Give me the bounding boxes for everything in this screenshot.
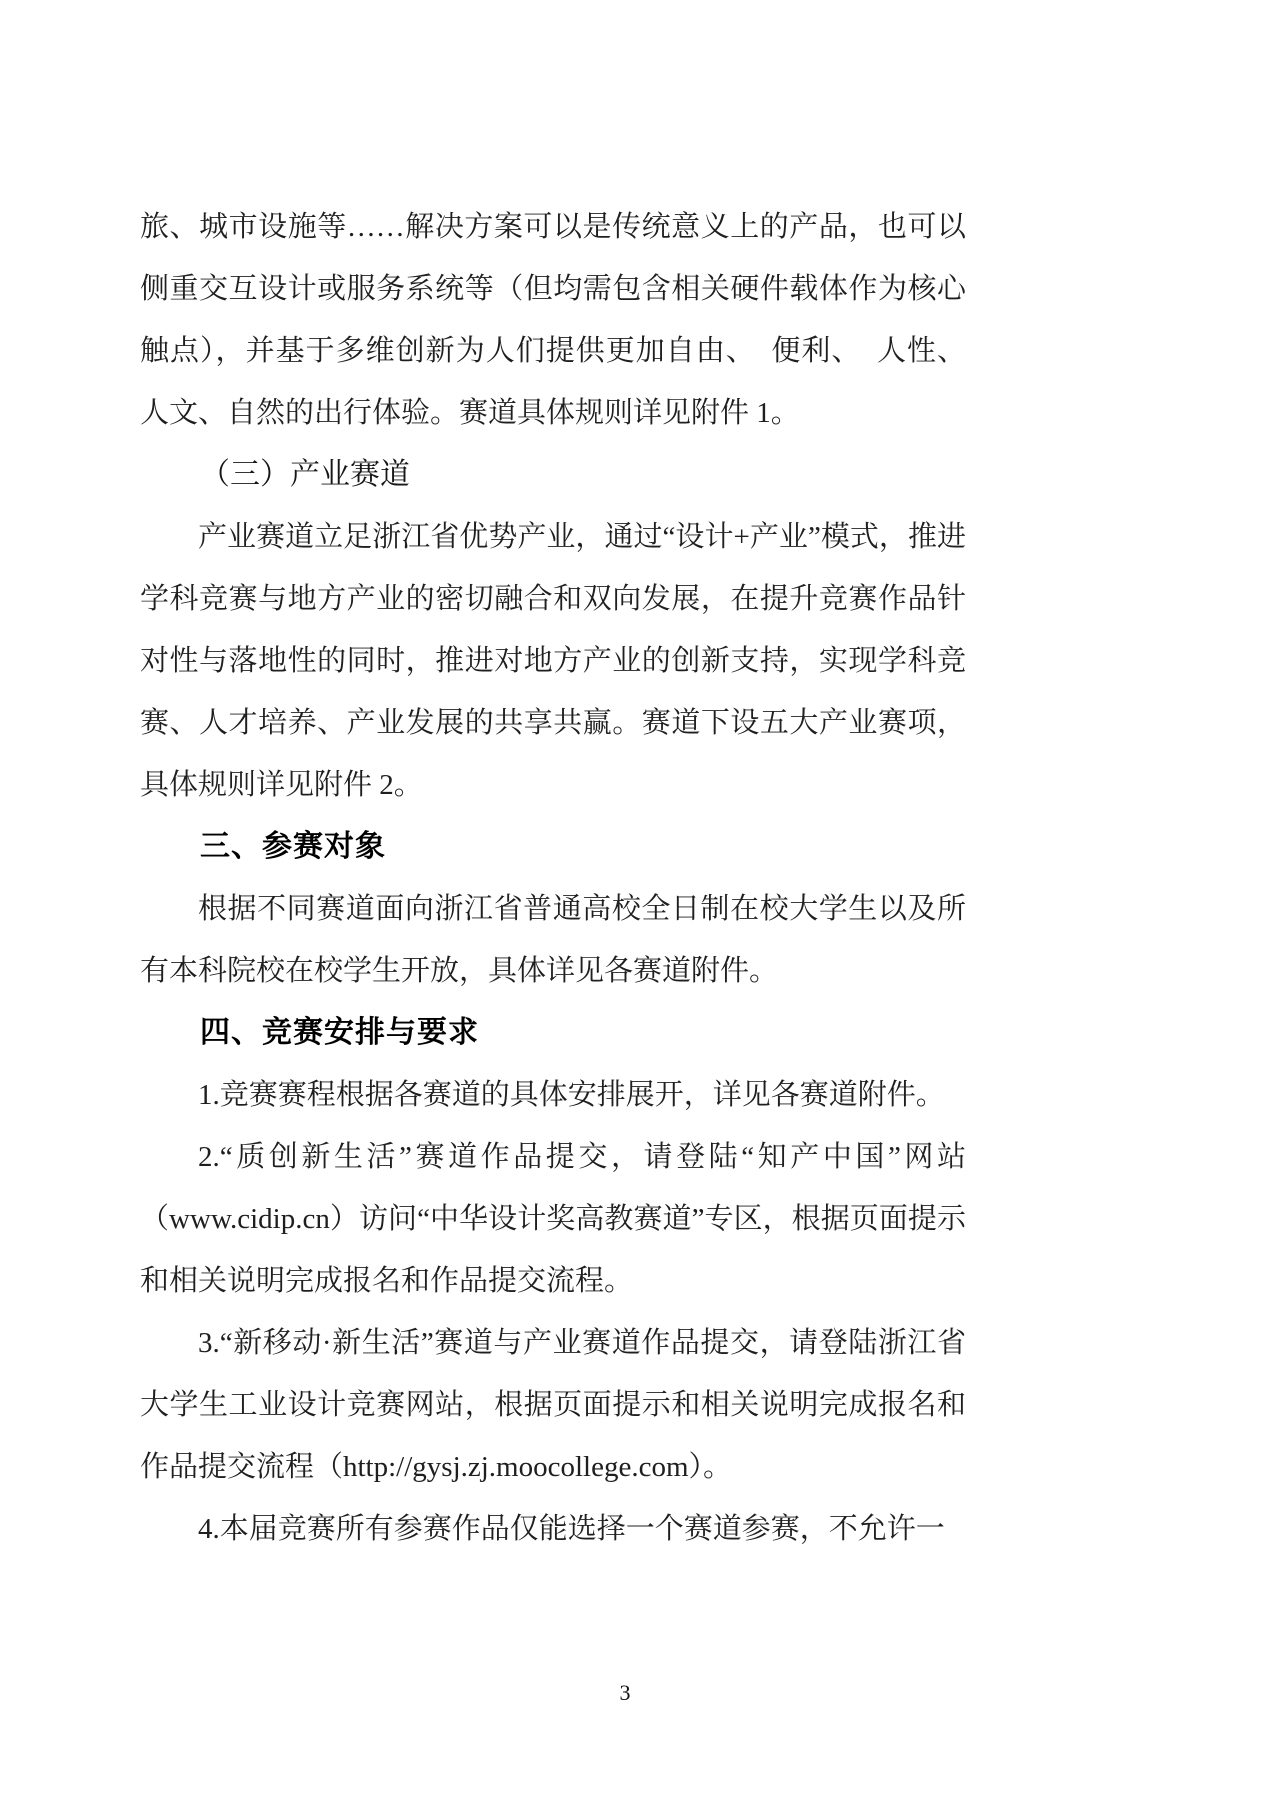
heading-participants: 三、参赛对象 xyxy=(140,816,966,878)
paragraph-arrangement-item-4: 4.本届竞赛所有参赛作品仅能选择一个赛道参赛，不允许一 xyxy=(140,1498,966,1560)
paragraph-arrangement-item-1: 1.竞赛赛程根据各赛道的具体安排展开，详见各赛道附件。 xyxy=(140,1064,966,1126)
section-heading-industry-track: （三）产业赛道 xyxy=(140,444,966,506)
paragraph-industry-track: 产业赛道立足浙江省优势产业，通过“设计+产业”模式，推进学科竞赛与地方产业的密切… xyxy=(140,506,966,816)
document-body: 旅、城市设施等……解决方案可以是传统意义上的产品，也可以侧重交互设计或服务系统等… xyxy=(140,196,966,1560)
paragraph-arrangement-item-3: 3.“新移动·新生活”赛道与产业赛道作品提交，请登陆浙江省大学生工业设计竞赛网站… xyxy=(140,1312,966,1498)
page-number: 3 xyxy=(0,1678,1250,1708)
paragraph-participants: 根据不同赛道面向浙江省普通高校全日制在校大学生以及所有本科院校在校学生开放，具体… xyxy=(140,878,966,1002)
paragraph-arrangement-item-2: 2.“质创新生活”赛道作品提交，请登陆“知产中国”网站（www.cidip.cn… xyxy=(140,1126,966,1312)
heading-competition-arrangement: 四、竞赛安排与要求 xyxy=(140,1002,966,1064)
paragraph-track-description-continuation: 旅、城市设施等……解决方案可以是传统意义上的产品，也可以侧重交互设计或服务系统等… xyxy=(140,196,966,444)
document-page: 旅、城市设施等……解决方案可以是传统意义上的产品，也可以侧重交互设计或服务系统等… xyxy=(0,0,1280,1810)
